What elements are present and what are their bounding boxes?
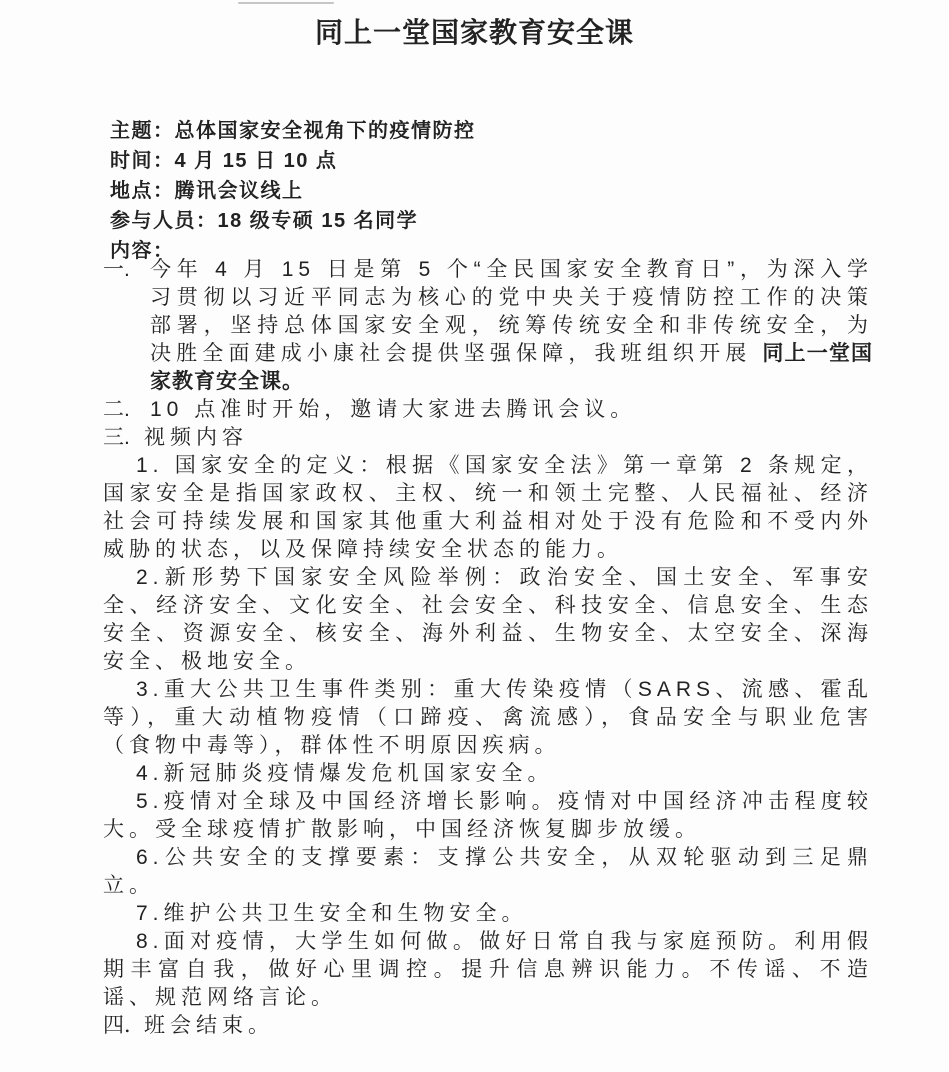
section-two: 二.10 点准时开始，邀请大家进去腾讯会议。 <box>103 396 873 424</box>
section-three: 三.视频内容 <box>103 424 873 452</box>
document-title: 同上一堂国家教育安全课 <box>0 0 949 51</box>
section-four-text: 班会结束。 <box>144 1014 274 1037</box>
section-four-marker: 四． <box>103 1012 145 1040</box>
video-point-1: 1. 国家安全的定义：根据《国家安全法》第一章第 2 条规定，国家安全是指国家政… <box>103 452 873 564</box>
meta-line-time: 时间：4 月 15 日 10 点 <box>110 146 476 176</box>
meta-line-location: 地点：腾讯会议线上 <box>110 176 476 206</box>
meta-line-subject: 主题：总体国家安全视角下的疫情防控 <box>110 116 476 146</box>
video-point-6: 6.公共安全的支撑要素：支撑公共安全，从双轮驱动到三足鼎立。 <box>103 844 873 900</box>
meta-section: 主题：总体国家安全视角下的疫情防控 时间：4 月 15 日 10 点 地点：腾讯… <box>110 116 476 266</box>
body-section: 一.今年 4 月 15 日是第 5 个“全民国家安全教育日”，为深入学习贯彻以习… <box>103 256 873 1040</box>
section-four: 四．班会结束。 <box>103 1012 873 1040</box>
video-point-7: 7.维护公共卫生安全和生物安全。 <box>103 900 873 928</box>
video-point-4: 4.新冠肺炎疫情爆发危机国家安全。 <box>103 760 873 788</box>
section-one-marker: 一. <box>103 256 130 284</box>
meta-line-participants: 参与人员：18 级专硕 15 名同学 <box>110 206 476 236</box>
photo-artifact <box>238 2 334 4</box>
document-page: 同上一堂国家教育安全课 主题：总体国家安全视角下的疫情防控 时间：4 月 15 … <box>0 0 949 1072</box>
section-three-text: 视频内容 <box>144 426 248 449</box>
video-point-8: 8.面对疫情，大学生如何做。做好日常自我与家庭预防。利用假期丰富自我，做好心里调… <box>103 928 873 1012</box>
section-two-text: 10 点准时开始，邀请大家进去腾讯会议。 <box>150 398 636 421</box>
section-one: 一.今年 4 月 15 日是第 5 个“全民国家安全教育日”，为深入学习贯彻以习… <box>103 256 873 396</box>
video-point-2: 2.新形势下国家安全风险举例：政治安全、国土安全、军事安全、经济安全、文化安全、… <box>103 564 873 676</box>
video-point-3: 3.重大公共卫生事件类别：重大传染疫情（SARS、流感、霍乱等），重大动植物疫情… <box>103 676 873 760</box>
video-point-5: 5.疫情对全球及中国经济增长影响。疫情对中国经济冲击程度较大。受全球疫情扩散影响… <box>103 788 873 844</box>
section-two-marker: 二. <box>103 396 130 424</box>
section-three-marker: 三. <box>103 424 130 452</box>
